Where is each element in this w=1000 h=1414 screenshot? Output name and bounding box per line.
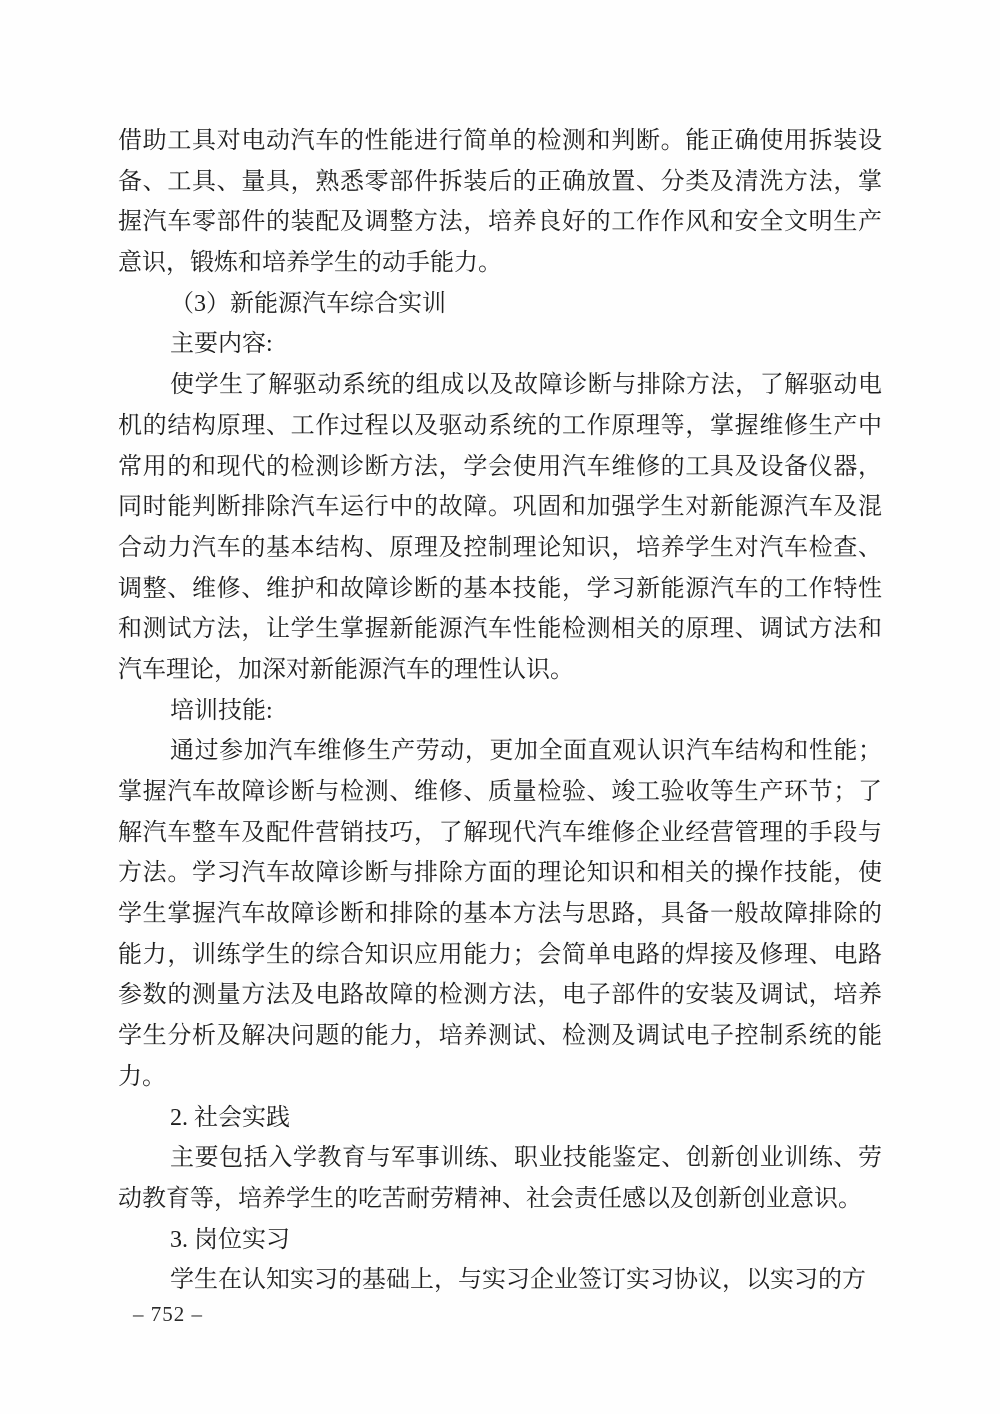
text-line: 机的结构原理、工作过程以及驱动系统的工作原理等，掌握维修生产中 bbox=[118, 406, 882, 447]
document-page: 借助工具对电动汽车的性能进行简单的检测和判断。能正确使用拆装设备、工具、量具，熟… bbox=[0, 0, 1000, 1414]
text-line: 意识，锻炼和培养学生的动手能力。 bbox=[118, 243, 882, 284]
text-line: 学生在认知实习的基础上，与实习企业签订实习协议，以实习的方 bbox=[118, 1260, 882, 1301]
text-line: 能力，训练学生的综合知识应用能力；会简单电路的焊接及修理、电路 bbox=[118, 935, 882, 976]
page-number: – 752 – bbox=[133, 1302, 203, 1327]
text-line: 常用的和现代的检测诊断方法，学会使用汽车维修的工具及设备仪器， bbox=[118, 447, 882, 488]
text-line: 同时能判断排除汽车运行中的故障。巩固和加强学生对新能源汽车及混 bbox=[118, 487, 882, 528]
text-line: 借助工具对电动汽车的性能进行简单的检测和判断。能正确使用拆装设 bbox=[118, 121, 882, 162]
text-line: 学生分析及解决问题的能力，培养测试、检测及调试电子控制系统的能 bbox=[118, 1016, 882, 1057]
text-line: 解汽车整车及配件营销技巧，了解现代汽车维修企业经营管理的手段与 bbox=[118, 813, 882, 854]
text-line: 调整、维修、维护和故障诊断的基本技能，学习新能源汽车的工作特性 bbox=[118, 569, 882, 610]
text-line: 备、工具、量具，熟悉零部件拆装后的正确放置、分类及清洗方法，掌 bbox=[118, 162, 882, 203]
text-line: 握汽车零部件的装配及调整方法，培养良好的工作作风和安全文明生产 bbox=[118, 202, 882, 243]
text-line: （3）新能源汽车综合实训 bbox=[118, 284, 882, 325]
document-body: 借助工具对电动汽车的性能进行简单的检测和判断。能正确使用拆装设备、工具、量具，熟… bbox=[118, 121, 882, 1301]
text-line: 3. 岗位实习 bbox=[118, 1220, 882, 1261]
text-line: 掌握汽车故障诊断与检测、维修、质量检验、竣工验收等生产环节；了 bbox=[118, 772, 882, 813]
text-line: 力。 bbox=[118, 1057, 882, 1098]
text-line: 方法。学习汽车故障诊断与排除方面的理论知识和相关的操作技能，使 bbox=[118, 853, 882, 894]
text-line: 使学生了解驱动系统的组成以及故障诊断与排除方法，了解驱动电 bbox=[118, 365, 882, 406]
text-line: 主要内容: bbox=[118, 324, 882, 365]
text-line: 动教育等，培养学生的吃苦耐劳精神、社会责任感以及创新创业意识。 bbox=[118, 1179, 882, 1220]
text-line: 学生掌握汽车故障诊断和排除的基本方法与思路，具备一般故障排除的 bbox=[118, 894, 882, 935]
text-line: 合动力汽车的基本结构、原理及控制理论知识，培养学生对汽车检查、 bbox=[118, 528, 882, 569]
text-line: 培训技能: bbox=[118, 691, 882, 732]
text-line: 主要包括入学教育与军事训练、职业技能鉴定、创新创业训练、劳 bbox=[118, 1138, 882, 1179]
text-line: 2. 社会实践 bbox=[118, 1098, 882, 1139]
text-line: 和测试方法，让学生掌握新能源汽车性能检测相关的原理、调试方法和 bbox=[118, 609, 882, 650]
text-line: 通过参加汽车维修生产劳动，更加全面直观认识汽车结构和性能； bbox=[118, 731, 882, 772]
text-line: 参数的测量方法及电路故障的检测方法，电子部件的安装及调试，培养 bbox=[118, 975, 882, 1016]
text-line: 汽车理论，加深对新能源汽车的理性认识。 bbox=[118, 650, 882, 691]
